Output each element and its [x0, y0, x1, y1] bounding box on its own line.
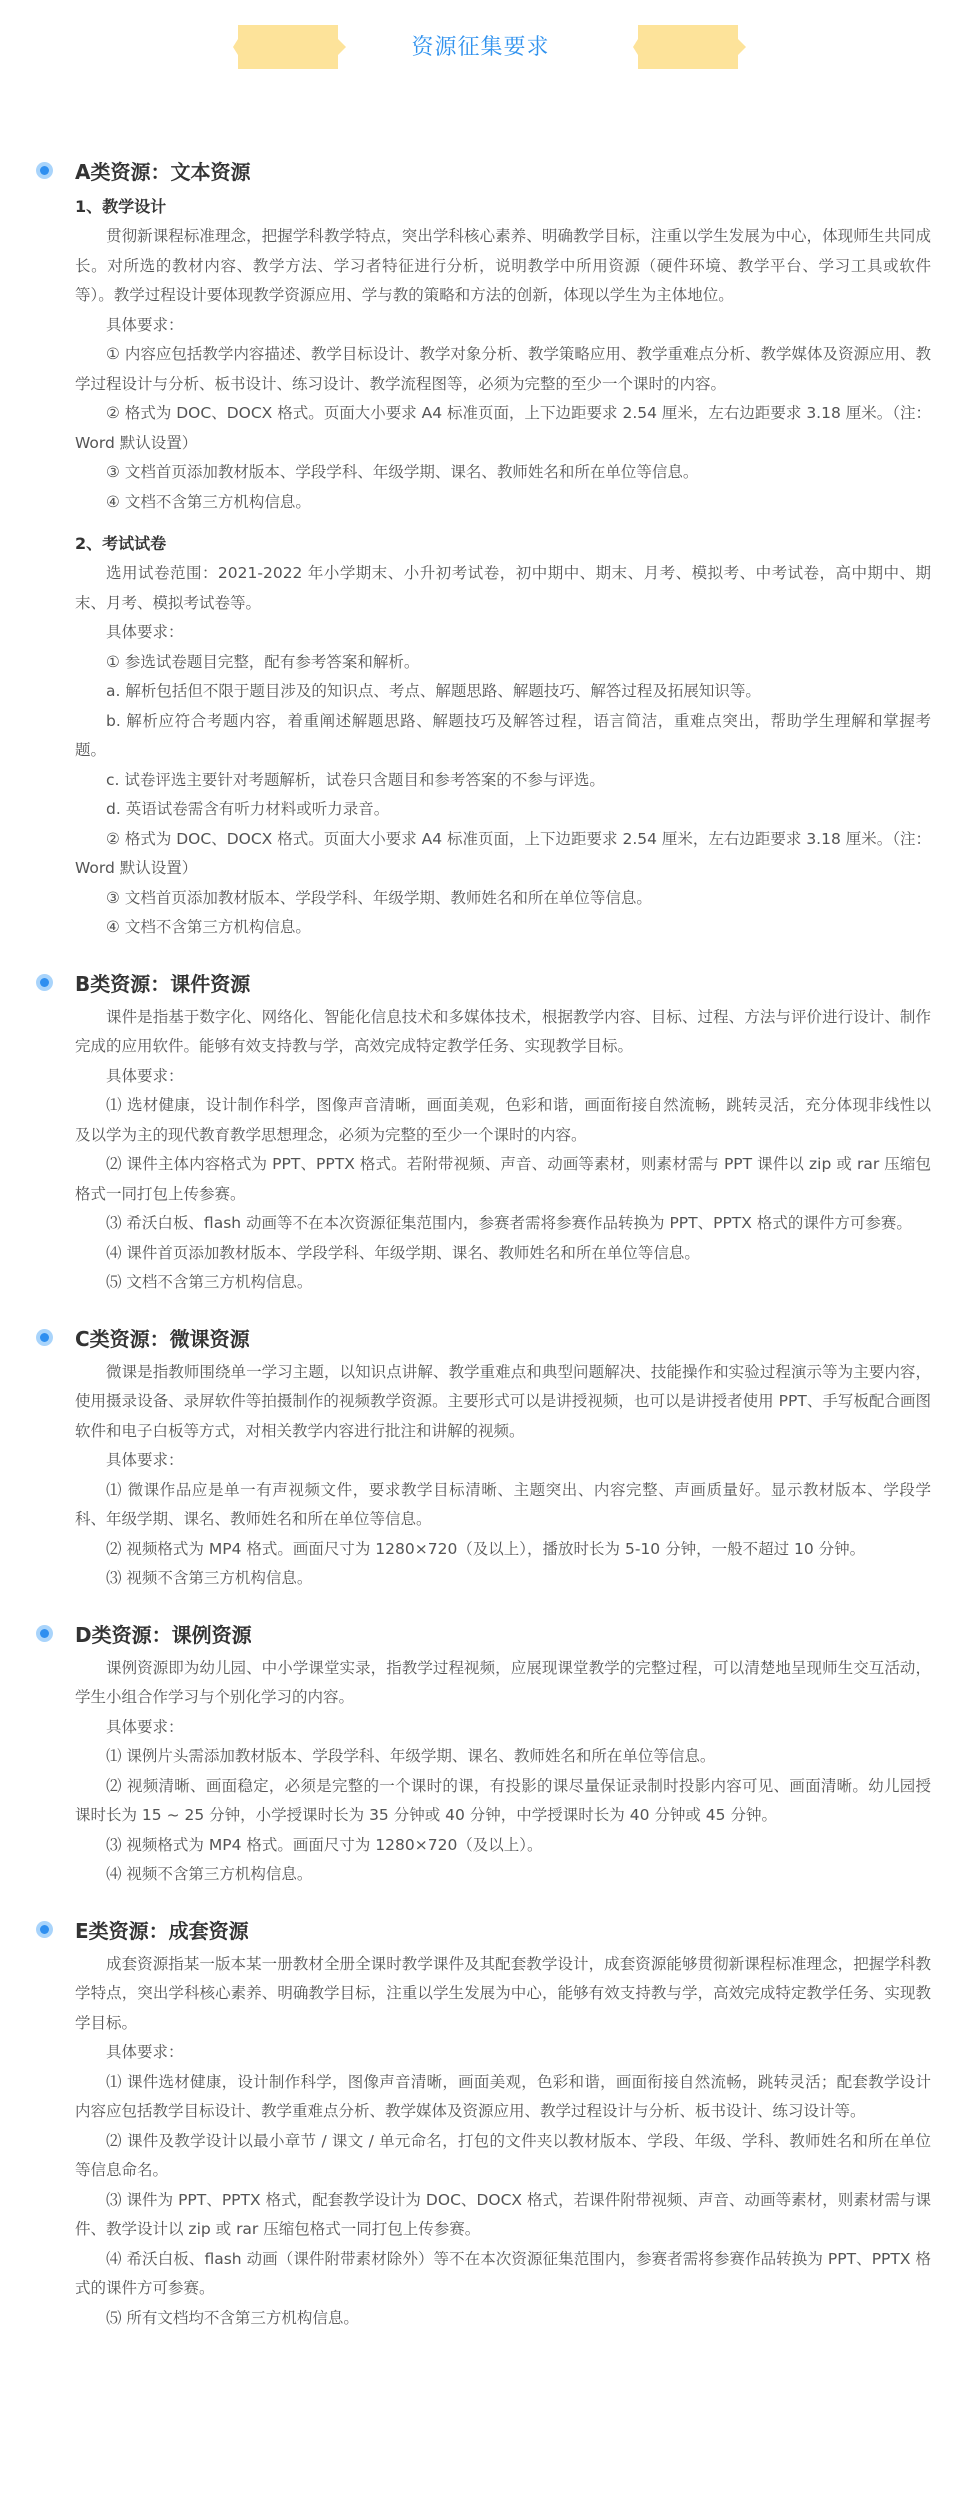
- section-header: C类资源：微课资源: [36, 1318, 931, 1358]
- paragraph: 选用试卷范围：2021-2022 年小学期末、小升初考试卷，初中期中、期末、月考…: [75, 559, 931, 618]
- requirement-item: d. 英语试卷需含有听力材料或听力录音。: [75, 795, 931, 825]
- bullet-dot-icon: [36, 974, 53, 991]
- requirement-item: ① 参选试卷题目完整，配有参考答案和解析。: [75, 648, 931, 678]
- bullet-dot-icon: [36, 162, 53, 179]
- requirement-item: ② 格式为 DOC、DOCX 格式。页面大小要求 A4 标准页面，上下边距要求 …: [75, 825, 931, 884]
- title-decoration-right: [638, 25, 738, 69]
- section-body: 课件是指基于数字化、网络化、智能化信息技术和多媒体技术，根据教学内容、目标、过程…: [36, 1003, 931, 1298]
- requirement-item: ② 格式为 DOC、DOCX 格式。页面大小要求 A4 标准页面，上下边距要求 …: [75, 399, 931, 458]
- page-header: 资源征集要求: [0, 0, 961, 95]
- requirements-label: 具体要求：: [75, 1062, 931, 1092]
- subsection-teaching-design: 1、教学设计 贯彻新课程标准理念，把握学科教学特点，突出学科核心素养、明确教学目…: [75, 192, 931, 517]
- requirement-item: ⑷ 课件首页添加教材版本、学段学科、年级学期、课名、教师姓名和所在单位等信息。: [75, 1239, 931, 1269]
- requirement-item: ⑶ 希沃白板、flash 动画等不在本次资源征集范围内，参赛者需将参赛作品转换为…: [75, 1209, 931, 1239]
- section-title: E类资源：成套资源: [75, 1915, 249, 1944]
- requirement-item: ⑵ 课件主体内容格式为 PPT、PPTX 格式。若附带视频、声音、动画等素材，则…: [75, 1150, 931, 1209]
- requirement-item: b. 解析应符合考题内容，着重阐述解题思路、解题技巧及解答过程，语言简洁，重难点…: [75, 707, 931, 766]
- requirements-label: 具体要求：: [75, 1713, 931, 1743]
- requirement-item: ④ 文档不含第三方机构信息。: [75, 913, 931, 943]
- requirement-item: a. 解析包括但不限于题目涉及的知识点、考点、解题思路、解题技巧、解答过程及拓展…: [75, 677, 931, 707]
- requirement-item: ⑴ 课例片头需添加教材版本、学段学科、年级学期、课名、教师姓名和所在单位等信息。: [75, 1742, 931, 1772]
- paragraph: 课件是指基于数字化、网络化、智能化信息技术和多媒体技术，根据教学内容、目标、过程…: [75, 1003, 931, 1062]
- requirement-item: ⑶ 视频格式为 MP4 格式。画面尺寸为 1280×720（及以上）。: [75, 1831, 931, 1861]
- requirements-label: 具体要求：: [75, 2038, 931, 2068]
- bullet-dot-icon: [36, 1625, 53, 1642]
- requirement-item: ⑴ 微课作品应是单一有声视频文件，要求教学目标清晰、主题突出、内容完整、声画质量…: [75, 1476, 931, 1535]
- paragraph: 成套资源指某一版本某一册教材全册全课时教学课件及其配套教学设计，成套资源能够贯彻…: [75, 1950, 931, 2039]
- content: A类资源：文本资源 1、教学设计 贯彻新课程标准理念，把握学科教学特点，突出学科…: [0, 95, 961, 2393]
- requirement-item: ⑴ 选材健康，设计制作科学，图像声音清晰，画面美观，色彩和谐，画面衔接自然流畅，…: [75, 1091, 931, 1150]
- requirements-label: 具体要求：: [75, 1446, 931, 1476]
- requirement-item: ④ 文档不含第三方机构信息。: [75, 488, 931, 518]
- section-d: D类资源：课例资源 课例资源即为幼儿园、中小学课堂实录，指教学过程视频，应展现课…: [36, 1614, 931, 1890]
- paragraph: 课例资源即为幼儿园、中小学课堂实录，指教学过程视频，应展现课堂教学的完整过程，可…: [75, 1654, 931, 1713]
- section-body: 课例资源即为幼儿园、中小学课堂实录，指教学过程视频，应展现课堂教学的完整过程，可…: [36, 1654, 931, 1890]
- requirement-item: ⑵ 视频格式为 MP4 格式。画面尺寸为 1280×720（及以上），播放时长为…: [75, 1535, 931, 1565]
- subsection-exam-papers: 2、考试试卷 选用试卷范围：2021-2022 年小学期末、小升初考试卷，初中期…: [75, 529, 931, 943]
- requirement-item: ⑷ 希沃白板、flash 动画（课件附带素材除外）等不在本次资源征集范围内，参赛…: [75, 2245, 931, 2304]
- section-b: B类资源：课件资源 课件是指基于数字化、网络化、智能化信息技术和多媒体技术，根据…: [36, 963, 931, 1298]
- requirements-label: 具体要求：: [75, 311, 931, 341]
- subsection-title: 1、教学设计: [75, 192, 931, 222]
- section-body: 1、教学设计 贯彻新课程标准理念，把握学科教学特点，突出学科核心素养、明确教学目…: [36, 192, 931, 943]
- section-c: C类资源：微课资源 微课是指教师围绕单一学习主题，以知识点讲解、教学重难点和典型…: [36, 1318, 931, 1594]
- requirement-item: ③ 文档首页添加教材版本、学段学科、年级学期、教师姓名和所在单位等信息。: [75, 884, 931, 914]
- requirement-item: ⑶ 视频不含第三方机构信息。: [75, 1564, 931, 1594]
- requirement-item: ③ 文档首页添加教材版本、学段学科、年级学期、课名、教师姓名和所在单位等信息。: [75, 458, 931, 488]
- section-e: E类资源：成套资源 成套资源指某一版本某一册教材全册全课时教学课件及其配套教学设…: [36, 1910, 931, 2334]
- section-header: B类资源：课件资源: [36, 963, 931, 1003]
- requirement-item: ⑷ 视频不含第三方机构信息。: [75, 1860, 931, 1890]
- section-header: E类资源：成套资源: [36, 1910, 931, 1950]
- section-title: C类资源：微课资源: [75, 1323, 250, 1352]
- bullet-dot-icon: [36, 1329, 53, 1346]
- requirement-item: ⑸ 文档不含第三方机构信息。: [75, 1268, 931, 1298]
- paragraph: 贯彻新课程标准理念，把握学科教学特点，突出学科核心素养、明确教学目标，注重以学生…: [75, 222, 931, 311]
- requirement-item: ⑵ 课件及教学设计以最小章节 / 课文 / 单元命名，打包的文件夹以教材版本、学…: [75, 2127, 931, 2186]
- requirement-item: ⑶ 课件为 PPT、PPTX 格式，配套教学设计为 DOC、DOCX 格式，若课…: [75, 2186, 931, 2245]
- subsection-title: 2、考试试卷: [75, 529, 931, 559]
- bullet-dot-icon: [36, 1921, 53, 1938]
- requirement-item: ⑸ 所有文档均不含第三方机构信息。: [75, 2304, 931, 2334]
- paragraph: 微课是指教师围绕单一学习主题，以知识点讲解、教学重难点和典型问题解决、技能操作和…: [75, 1358, 931, 1447]
- section-a: A类资源：文本资源 1、教学设计 贯彻新课程标准理念，把握学科教学特点，突出学科…: [36, 150, 931, 943]
- requirement-item: ⑴ 课件选材健康，设计制作科学，图像声音清晰，画面美观，色彩和谐，画面衔接自然流…: [75, 2068, 931, 2127]
- requirement-item: ⑵ 视频清晰、画面稳定，必须是完整的一个课时的课，有投影的课尽量保证录制时投影内…: [75, 1772, 931, 1831]
- section-header: A类资源：文本资源: [36, 150, 931, 190]
- requirement-item: c. 试卷评选主要针对考题解析，试卷只含题目和参考答案的不参与评选。: [75, 766, 931, 796]
- section-title: B类资源：课件资源: [75, 968, 250, 997]
- section-title: D类资源：课例资源: [75, 1619, 252, 1648]
- section-body: 微课是指教师围绕单一学习主题，以知识点讲解、教学重难点和典型问题解决、技能操作和…: [36, 1358, 931, 1594]
- requirements-label: 具体要求：: [75, 618, 931, 648]
- section-body: 成套资源指某一版本某一册教材全册全课时教学课件及其配套教学设计，成套资源能够贯彻…: [36, 1950, 931, 2334]
- section-title: A类资源：文本资源: [75, 156, 250, 185]
- page-title: 资源征集要求: [0, 30, 961, 61]
- section-header: D类资源：课例资源: [36, 1614, 931, 1654]
- requirement-item: ① 内容应包括教学内容描述、教学目标设计、教学对象分析、教学策略应用、教学重难点…: [75, 340, 931, 399]
